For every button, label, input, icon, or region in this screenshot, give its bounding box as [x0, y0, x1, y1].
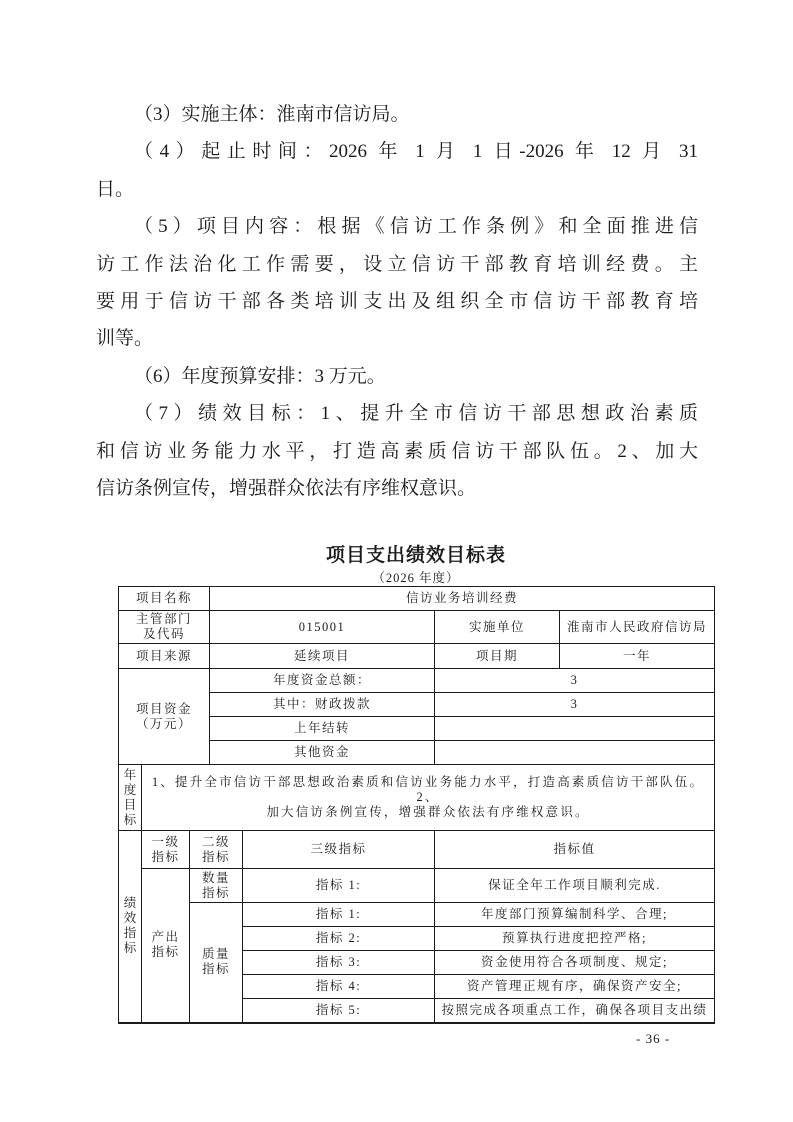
cell-fund-total-label: 年度资金总额： — [210, 669, 435, 693]
cell-annual-goal-text: 1、提升全市信访干部思想政治素质和信访业务能力水平，打造高素质信访干部队伍。2、… — [142, 765, 715, 831]
table-row: 主管部门 及代码 015001 实施单位 淮南市人民政府信访局 — [119, 611, 715, 644]
paragraph-line: 训等。 — [96, 320, 698, 357]
cell-quality-ind-4-label: 指标 4: — [243, 975, 435, 999]
paragraph-line: （5）项目内容：根据《信访工作条例》和全面推进信 — [96, 208, 698, 245]
cell-quantity-ind-1-value: 保证全年工作项目顺利完成. — [435, 869, 715, 903]
cell-dept-code: 015001 — [210, 611, 435, 644]
cell-source-label: 项目来源 — [119, 644, 210, 669]
paragraph-line: 信访条例宣传，增强群众依法有序维权意识。 — [96, 470, 698, 507]
cell-annual-goal-label: 年 度 目 标 — [119, 765, 142, 831]
cell-impl-unit-value: 淮南市人民政府信访局 — [560, 611, 715, 644]
paragraph-line: 要用于信访干部各类培训支出及组织全市信访干部教育培 — [96, 283, 698, 320]
table-row: 项目名称 信访业务培训经费 — [119, 587, 715, 611]
paragraph-line: 和信访业务能力水平，打造高素质信访干部队伍。2、加大 — [96, 433, 698, 470]
body-paragraphs: （3）实施主体：淮南市信访局。（4）起止时间：2026 年 1 月 1 日-20… — [96, 96, 698, 507]
paragraph: （6）年度预算安排：3 万元。 — [96, 358, 698, 395]
table-row: 产出 指标 数量 指标 指标 1: 保证全年工作项目顺利完成. — [119, 869, 715, 903]
paragraph-line: （4）起止时间：2026 年 1 月 1 日-2026 年 12 月 31 — [96, 133, 698, 170]
table-row: 项目资金 （万元） 年度资金总额： 3 — [119, 669, 715, 693]
paragraph-line: 访工作法治化工作需要，设立信访干部教育培训经费。主 — [96, 246, 698, 283]
cell-quality-ind-2-label: 指标 2: — [243, 927, 435, 951]
paragraph-line: （3）实施主体：淮南市信访局。 — [96, 96, 698, 133]
table-row: 绩 效 指 标 一级 指标 二级 指标 三级指标 指标值 — [119, 831, 715, 869]
cell-fund-fiscal-value: 3 — [435, 693, 715, 717]
cell-fund-carryover-label: 上年结转 — [210, 717, 435, 741]
cell-level2-header: 二级 指标 — [190, 831, 243, 869]
page-number: - 36 - — [636, 1031, 670, 1047]
cell-quality-ind-5-value: 按照完成各项重点工作，确保各项目支出绩 — [435, 999, 715, 1023]
table-subtitle: （2026 年度） — [118, 568, 714, 586]
cell-funds-label: 项目资金 （万元） — [119, 669, 210, 765]
cell-quality-ind-2-value: 预算执行进度把控严格; — [435, 927, 715, 951]
table-row: 年 度 目 标 1、提升全市信访干部思想政治素质和信访业务能力水平，打造高素质信… — [119, 765, 715, 831]
cell-period-label: 项目期 — [435, 644, 560, 669]
cell-impl-unit-label: 实施单位 — [435, 611, 560, 644]
document-page: （3）实施主体：淮南市信访局。（4）起止时间：2026 年 1 月 1 日-20… — [0, 0, 793, 1122]
cell-level1-header: 一级 指标 — [142, 831, 190, 869]
table-title: 项目支出绩效目标表 — [118, 540, 714, 567]
cell-project-name-value: 信访业务培训经费 — [210, 587, 715, 611]
table-row: 质量 指标 指标 1: 年度部门预算编制科学、合理; — [119, 903, 715, 927]
paragraph-line: （7）绩效目标：1、提升全市信访干部思想政治素质 — [96, 395, 698, 432]
cell-fund-total-value: 3 — [435, 669, 715, 693]
cell-period-value: 一年 — [560, 644, 715, 669]
cell-quality-ind-1-label: 指标 1: — [243, 903, 435, 927]
cell-fund-other-value — [435, 741, 715, 765]
cell-quantity-label: 数量 指标 — [190, 869, 243, 903]
cell-quality-ind-4-value: 资产管理正规有序，确保资产安全; — [435, 975, 715, 999]
cell-quality-ind-3-label: 指标 3: — [243, 951, 435, 975]
cell-quality-ind-3-value: 资金使用符合各项制度、规定; — [435, 951, 715, 975]
cell-level3-header: 三级指标 — [243, 831, 435, 869]
cell-project-name-label: 项目名称 — [119, 587, 210, 611]
performance-target-table: 项目名称 信访业务培训经费 主管部门 及代码 015001 实施单位 淮南市人民… — [118, 586, 715, 1024]
paragraph: （7）绩效目标：1、提升全市信访干部思想政治素质和信访业务能力水平，打造高素质信… — [96, 395, 698, 507]
cell-source-value: 延续项目 — [210, 644, 435, 669]
cell-quality-ind-5-label: 指标 5: — [243, 999, 435, 1023]
paragraph: （3）实施主体：淮南市信访局。 — [96, 96, 698, 133]
cell-quantity-ind-1-label: 指标 1: — [243, 869, 435, 903]
cell-level1-value: 产出 指标 — [142, 869, 190, 1023]
paragraph: （4）起止时间：2026 年 1 月 1 日-2026 年 12 月 31日。 — [96, 133, 698, 208]
cell-dept-label: 主管部门 及代码 — [119, 611, 210, 644]
paragraph-line: （6）年度预算安排：3 万元。 — [96, 358, 698, 395]
cell-value-header: 指标值 — [435, 831, 715, 869]
cell-fund-other-label: 其他资金 — [210, 741, 435, 765]
cell-fund-carryover-value — [435, 717, 715, 741]
cell-quality-label: 质量 指标 — [190, 903, 243, 1023]
cell-quality-ind-1-value: 年度部门预算编制科学、合理; — [435, 903, 715, 927]
cell-fund-fiscal-label: 其中：财政拨款 — [210, 693, 435, 717]
table-row: 项目来源 延续项目 项目期 一年 — [119, 644, 715, 669]
paragraph-line: 日。 — [96, 171, 698, 208]
paragraph: （5）项目内容：根据《信访工作条例》和全面推进信访工作法治化工作需要，设立信访干… — [96, 208, 698, 358]
cell-perf-section-label: 绩 效 指 标 — [119, 831, 142, 1023]
